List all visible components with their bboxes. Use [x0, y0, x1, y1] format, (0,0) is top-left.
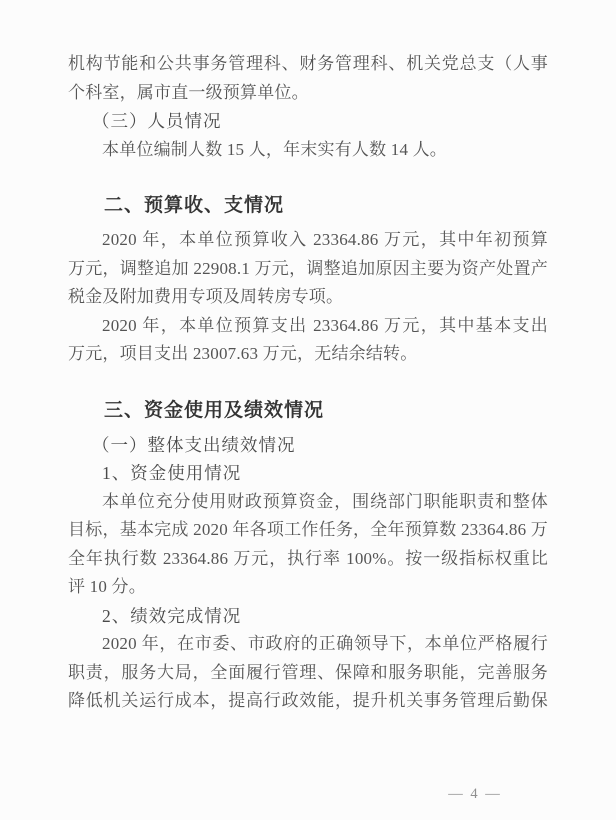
text-line: 2020 年，本单位预算支出 23364.86 万元，其中基本支出 357.23 — [68, 312, 548, 341]
section-heading: 二、预算收、支情况 — [68, 190, 548, 222]
text-line: 个科室，属市直一级预算单位。 — [68, 79, 548, 108]
body-paragraph: 2020 年，在市委、市政府的正确领导下，本单位严格履行工作职责，服务大局，全面… — [68, 630, 548, 716]
text-line: 职责，服务大局，全面履行管理、保障和服务职能，完善服务机制， — [68, 659, 548, 688]
document-content: 机构节能和公共事务管理科、财务管理科、机关党总支（人事科）6个科室，属市直一级预… — [68, 50, 548, 716]
text-line: 降低机关运行成本，提高行政效能，提升机关事务管理后勤保障实 — [68, 687, 548, 716]
body-paragraph: 本单位编制人数 15 人，年末实有人数 14 人。 — [68, 136, 548, 165]
text-line: 税金及附加费用专项及周转房专项。 — [68, 283, 548, 312]
text-line: 机构节能和公共事务管理科、财务管理科、机关党总支（人事科）6 — [68, 50, 548, 79]
numbered-heading: 2、绩效完成情况 — [68, 602, 548, 631]
text-line: 本单位充分使用财政预算资金，围绕部门职能职责和整体绩效 — [68, 488, 548, 517]
body-paragraph: 2020 年，本单位预算收入 23364.86 万元，其中年初预算 456.76… — [68, 226, 548, 312]
text-line: 2020 年，在市委、市政府的正确领导下，本单位严格履行工作 — [68, 630, 548, 659]
sub-heading: （一）整体支出绩效情况 — [68, 431, 548, 460]
body-paragraph: 机构节能和公共事务管理科、财务管理科、机关党总支（人事科）6个科室，属市直一级预… — [68, 50, 548, 107]
text-line: 2020 年，本单位预算收入 23364.86 万元，其中年初预算 456.76 — [68, 226, 548, 255]
page-number: — 4 — — [445, 784, 505, 804]
document-page: 机构节能和公共事务管理科、财务管理科、机关党总支（人事科）6个科室，属市直一级预… — [0, 0, 616, 820]
text-line: 评 10 分。 — [68, 573, 548, 602]
section-heading: 三、资金使用及绩效情况 — [68, 395, 548, 427]
numbered-heading: 1、资金使用情况 — [68, 459, 548, 488]
text-line: 万元，项目支出 23007.63 万元，无结余结转。 — [68, 340, 548, 369]
text-line: 目标，基本完成 2020 年各项工作任务，全年预算数 23364.86 万元， — [68, 516, 548, 545]
text-line: 万元，调整追加 22908.1 万元，调整追加原因主要为资产处置产生 — [68, 255, 548, 284]
text-line: 本单位编制人数 15 人，年末实有人数 14 人。 — [68, 136, 548, 165]
sub-heading: （三）人员情况 — [68, 107, 548, 136]
body-paragraph: 本单位充分使用财政预算资金，围绕部门职能职责和整体绩效目标，基本完成 2020 … — [68, 488, 548, 602]
body-paragraph: 2020 年，本单位预算支出 23364.86 万元，其中基本支出 357.23… — [68, 312, 548, 369]
text-line: 全年执行数 23364.86 万元，执行率 100%。按一级指标权重比例，自 — [68, 545, 548, 574]
